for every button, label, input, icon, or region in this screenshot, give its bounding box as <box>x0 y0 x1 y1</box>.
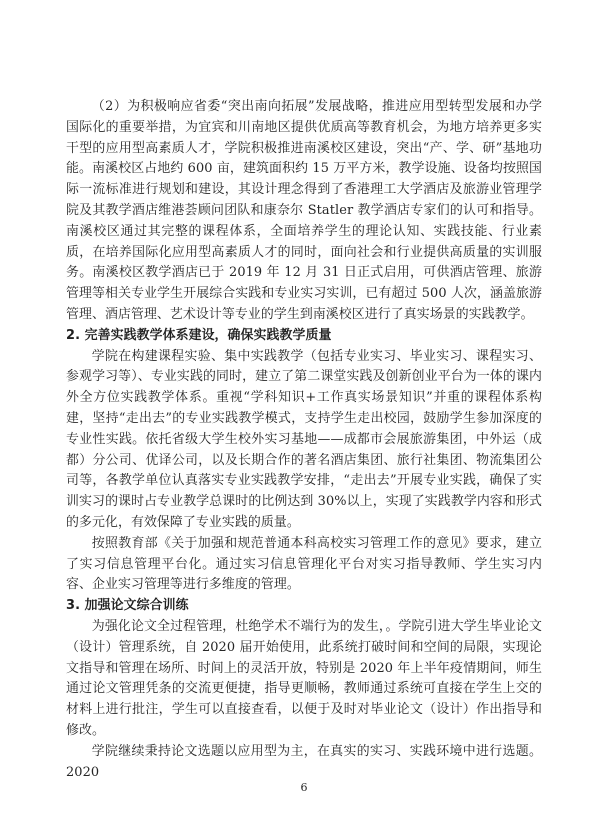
paragraph-campus-expansion: （2）为积极响应省委“突出南向拓展”发展战略，推进应用型转型发展和办学国际化的重… <box>66 97 542 326</box>
section-heading-thesis-training: 3. 加强论文综合训练 <box>66 596 542 617</box>
document-body: （2）为积极响应省委“突出南向拓展”发展战略，推进应用型转型发展和办学国际化的重… <box>66 97 542 783</box>
paragraph-practice-system: 学院在构建课程实验、集中实践教学（包括专业实习、毕业实习、课程实习、参观学习等）… <box>66 347 542 534</box>
page-number: 6 <box>0 781 608 794</box>
section-heading-practice-teaching: 2. 完善实践教学体系建设，确保实践教学质量 <box>66 326 542 347</box>
paragraph-thesis-management: 为强化论文全过程管理，杜绝学术不端行为的发生，。学院引进大学生毕业论文（设计）管… <box>66 617 542 742</box>
document-page: （2）为积极响应省委“突出南向拓展”发展战略，推进应用型转型发展和办学国际化的重… <box>0 0 608 831</box>
paragraph-internship-platform: 按照教育部《关于加强和规范普通本科高校实习管理工作的意见》要求，建立了实习信息管… <box>66 534 542 596</box>
paragraph-thesis-topics: 学院继续秉持论文选题以应用型为主，在真实的实习、实践环境中进行选题。2020 <box>66 742 542 784</box>
